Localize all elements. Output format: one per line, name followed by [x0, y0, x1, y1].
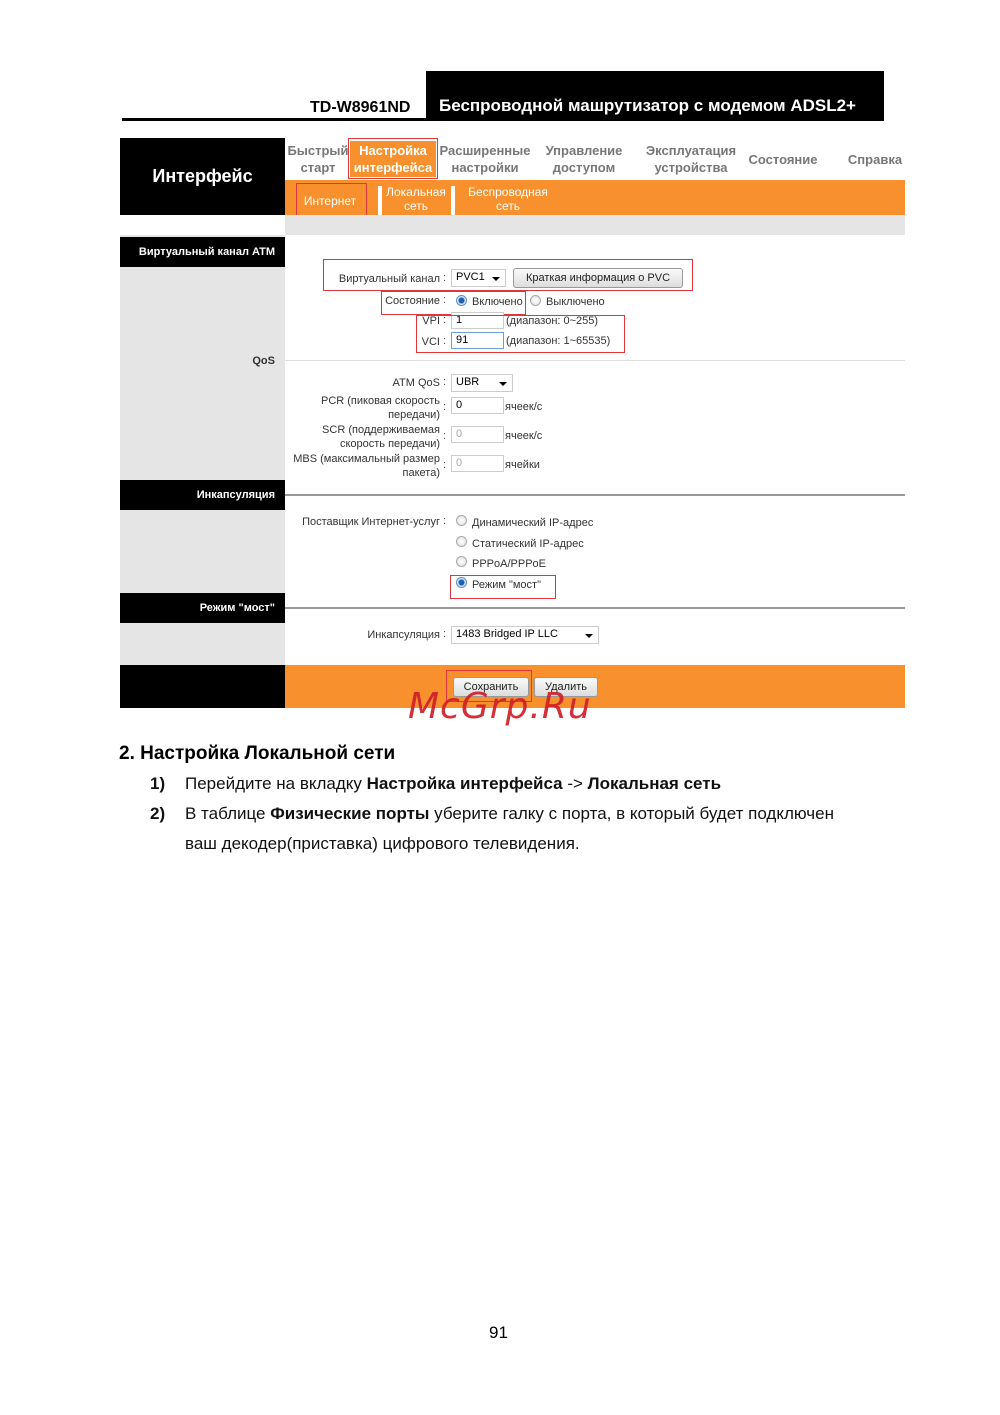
header-title-box: Беспроводной машрутизатор с модемом ADSL…: [426, 71, 884, 121]
divider: [285, 360, 905, 361]
isp-pppoe-radio[interactable]: [456, 556, 467, 567]
subtab-wireless[interactable]: Беспроводнаясеть: [457, 185, 559, 213]
header-title: Беспроводной машрутизатор с модемом ADSL…: [439, 96, 856, 116]
status-off-label: Выключено: [546, 296, 605, 308]
router-ui-screenshot: Интерфейс Быстрыйстарт Настройкаинтерфей…: [120, 138, 905, 708]
isp-static-ip-radio[interactable]: [456, 536, 467, 547]
pcr-label: PCR (пиковая скоростьпередачи): [280, 394, 440, 422]
watermark: McGrp.Ru: [408, 686, 592, 727]
section-bridge: Режим "мост": [120, 593, 285, 623]
mbs-label: MBS (максимальный размерпакета): [270, 452, 440, 480]
highlight-vpi-vci: [416, 315, 625, 353]
isp-dynamic-ip-radio[interactable]: [456, 515, 467, 526]
divider: [285, 607, 905, 609]
tab-status[interactable]: Состояние: [743, 151, 823, 168]
section-qos: QoS: [252, 355, 275, 367]
tab-help[interactable]: Справка: [843, 151, 907, 168]
sidebar: Виртуальный канал ATM QoS Инкапсуляция Р…: [120, 235, 285, 665]
atm-qos-label: ATM QoS: [320, 376, 440, 390]
mbs-input[interactable]: 0: [451, 455, 504, 472]
tab-maintenance[interactable]: Эксплуатацияустройства: [641, 142, 741, 176]
section-encapsulation: Инкапсуляция: [120, 480, 285, 510]
scr-unit: ячеек/с: [505, 430, 542, 442]
highlight-bridge-mode: [450, 575, 556, 599]
page-number: 91: [489, 1323, 508, 1343]
mbs-unit: ячейки: [505, 459, 540, 471]
isp-label: Поставщик Интернет-услуг: [270, 515, 440, 529]
tab-advanced-setup[interactable]: Расширенныенастройки: [437, 142, 533, 176]
ui-logo: Интерфейс: [120, 138, 285, 215]
footer-left: [120, 665, 285, 708]
isp-dynamic-ip-label: Динамический IP-адрес: [472, 517, 593, 529]
scr-input[interactable]: 0: [451, 426, 504, 443]
pcr-input[interactable]: 0: [451, 397, 504, 414]
section-atm: Виртуальный канал ATM: [120, 237, 285, 267]
chevron-down-icon: [585, 634, 593, 638]
bridge-encap-label: Инкапсуляция: [300, 628, 440, 642]
highlight-vc: [323, 259, 693, 291]
gray-band: [285, 215, 905, 235]
highlight-interface-tab: [348, 138, 438, 179]
pcr-unit: ячеек/с: [505, 401, 542, 413]
chevron-down-icon: [499, 382, 507, 386]
status-off-radio[interactable]: [530, 295, 541, 306]
scr-label: SCR (поддерживаемаяскорость передачи): [280, 423, 440, 451]
isp-static-ip-label: Статический IP-адрес: [472, 538, 584, 550]
step-2-continuation: ваш декодер(приставка) цифрового телевид…: [185, 834, 580, 854]
subnav-separator: [451, 186, 455, 215]
bridge-encap-select[interactable]: 1483 Bridged IP LLC: [451, 626, 599, 644]
tab-access-management[interactable]: Управлениедоступом: [541, 142, 627, 176]
header-rule: [122, 118, 427, 121]
tab-quick-start[interactable]: Быстрыйстарт: [287, 142, 349, 176]
model-name: TD-W8961ND: [310, 99, 410, 117]
section-heading: 2. Настройка Локальной сети: [119, 743, 395, 765]
isp-pppoe-label: PPPoA/PPPoE: [472, 558, 546, 570]
atm-qos-select[interactable]: UBR: [451, 374, 513, 392]
divider: [285, 494, 905, 496]
sub-nav: Интернет Локальнаясеть Беспроводнаясеть: [285, 180, 905, 215]
subtab-lan[interactable]: Локальнаясеть: [382, 185, 450, 213]
